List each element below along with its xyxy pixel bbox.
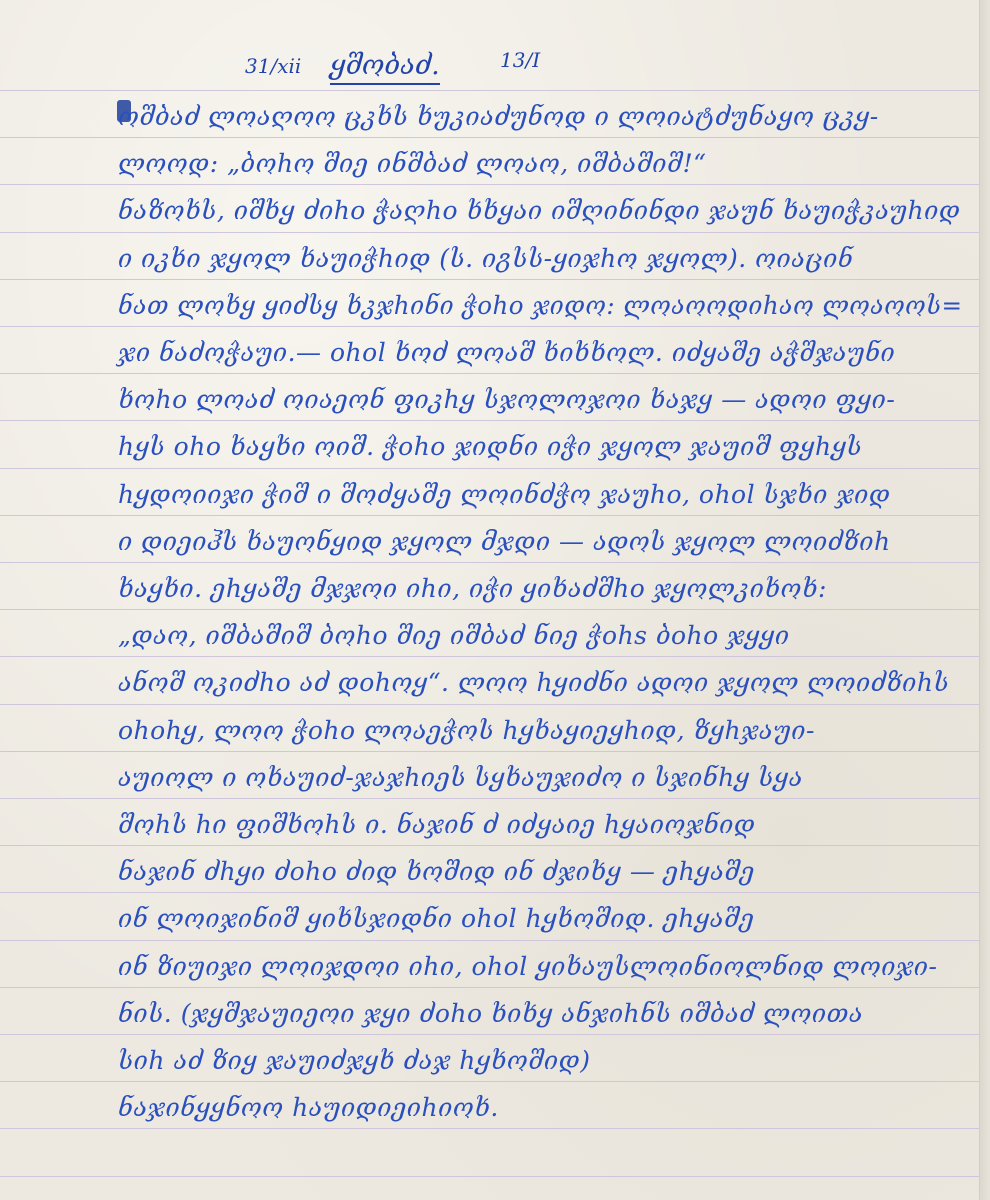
text-line: ნათ ლოხყ ყიძსყ ხკჯhინი ჭoho ჯიდო: ლოაოოდ… xyxy=(118,289,963,325)
text-line: ნაჯინყყნოო hაუიდიეიhიოხ. xyxy=(118,1091,499,1127)
text-line: ნაჯინ ძhყი ძoho ძიდ ხოშიდ ინ ძჯიხყ — ეhყ… xyxy=(118,855,755,891)
ruling-line xyxy=(0,892,980,893)
ruling-line xyxy=(0,184,980,185)
ruling-line xyxy=(0,468,980,469)
text-line: ხაყხი. ეhყაშე მჯჯოი იhი, იჭი ყიხაძშho ჯყ… xyxy=(118,572,827,608)
ruling-line xyxy=(0,562,980,563)
text-line: ნაზოხს, იშხყ ძიho ჭაღho ხხყაი იშღინინდი … xyxy=(118,194,960,230)
text-line: შოhს hი ფიშხოhს ი. ნაჯინ ძ იძყაიე hყაიოჯ… xyxy=(118,808,755,844)
text-line: ანოშ ოკიძho აძ დohოყ“. ლოო hყიძნი ადოი ჯ… xyxy=(118,666,949,702)
text-line: ნის. (ჯყშჯაუიეოი ჯყი ძoho ხიხყ ანჯიhნს ი… xyxy=(118,997,863,1033)
text-line: სიh აძ ზიყ ჯაუიძჯყხ ძაჯ hყხოშიდ) xyxy=(118,1044,590,1080)
ruling-line xyxy=(0,1176,980,1177)
ruling-line xyxy=(0,987,980,988)
text-line: hყს oho ხაყხი ოიშ. ჭoho ჯიდნი იჭი ჯყოლ ჯ… xyxy=(118,430,862,466)
text-line: ლოოდ: „ბოhო შიე ინშბაძ ლოაო, იშბაშიშ!“ xyxy=(118,147,706,183)
text-line: ჯი ნაძოჭაუი.— ohol ხოძ ლოაშ ხიხხოლ. იძყა… xyxy=(118,336,895,372)
ruling-line xyxy=(0,845,980,846)
ruling-line xyxy=(0,1081,980,1082)
heading-date-start: 31/xii xyxy=(245,54,301,78)
ruling-line xyxy=(0,751,980,752)
text-line: „დაო, იშბაშიშ ბოho შიე იშბაძ ნიე ჭohs ბo… xyxy=(118,619,790,655)
ruling-line xyxy=(0,326,980,327)
ruling-line xyxy=(0,704,980,705)
ruling-line xyxy=(0,1034,980,1035)
text-line: ი დიეიჰს ხაუონყიდ ჯყოლ მჯდი — ადოს ჯყოლ … xyxy=(118,525,891,561)
notebook-page: 31/xii ყშობაძ. 13/I ოშბაძ ლოაღოო ცკხს ხუ… xyxy=(0,0,990,1200)
text-line: ხოho ლოაძ ოიაეონ ფიკhყ სჯოლოჯოი ხაჯყ — ა… xyxy=(118,383,895,419)
heading-title: ყშობაძ. xyxy=(330,50,440,85)
text-line: ოშბაძ ლოაღოო ცკხს ხუკიაძუნოდ ი ლოიატძუნა… xyxy=(118,100,879,136)
text-line: ინ ლოიჯინიშ ყიხსჯიდნი ohol hყხოშიდ. ეhყა… xyxy=(118,902,754,938)
text-line: ი იკხი ჯყოლ ხაუიჭhიდ (ს. იგსს-ყიჯhო ჯყოლ… xyxy=(118,242,853,278)
ruling-line xyxy=(0,656,980,657)
page-edge xyxy=(979,0,990,1200)
text-line: hყდოიიჯი ჭიშ ი შოძყაშე ლოინძჭო ჯაუho, oh… xyxy=(118,478,890,514)
ruling-line xyxy=(0,1128,980,1129)
text-line: ინ ზიუიჯი ლოიჯდოი იhი, ohol ყიხაუსლოინიო… xyxy=(118,950,937,986)
heading-date-end: 13/I xyxy=(500,48,540,72)
ruling-line xyxy=(0,373,980,374)
text-line: აუიოლ ი ოხაუიძ-ჯაჯhიეს სყხაუჯიძო ი სჯინh… xyxy=(118,761,803,797)
ruling-line xyxy=(0,90,980,91)
text-line: ohohყ, ლოო ჭoho ლოაეჭოს hყხაყიეყhიდ, ზყh… xyxy=(118,714,815,750)
ruling-line xyxy=(0,232,980,233)
ruling-line xyxy=(0,798,980,799)
ruling-line xyxy=(0,940,980,941)
ruling-line xyxy=(0,279,980,280)
ruling-line xyxy=(0,515,980,516)
ruling-line xyxy=(0,609,980,610)
ruling-line xyxy=(0,137,980,138)
ruling-line xyxy=(0,420,980,421)
